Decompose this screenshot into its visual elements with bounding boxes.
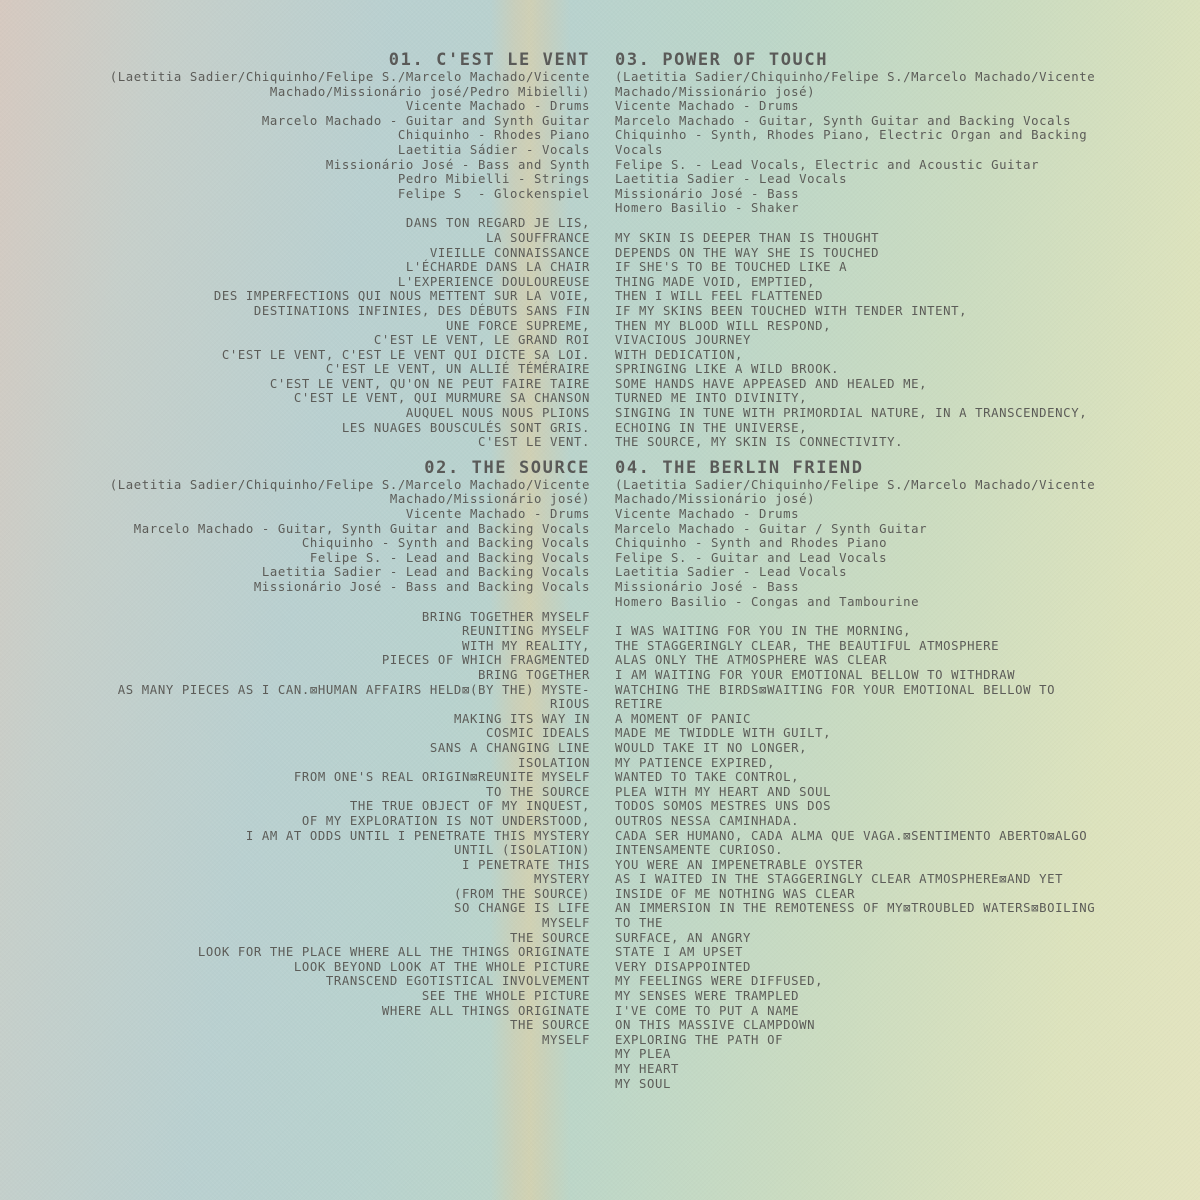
lyric-line: I AM AT ODDS UNTIL I PENETRATE THIS MYST… [50,829,590,844]
credit-line: Machado/Missionário josé/Pedro Mibielli) [50,85,590,100]
musician-line: Homero Basilio - Shaker [615,201,1155,216]
lyric-line: WITH MY REALITY, [50,639,590,654]
lyric-line: AS MANY PIECES AS I CAN.⊠HUMAN AFFAIRS H… [50,683,590,698]
left-column: 01. C'EST LE VENT (Laetitia Sadier/Chiqu… [50,50,590,1055]
lyric-line: PLEA WITH MY HEART AND SOUL [615,785,1155,800]
lyric-line: VIVACIOUS JOURNEY [615,333,1155,348]
credit-line: (Laetitia Sadier/Chiquinho/Felipe S./Mar… [615,478,1155,493]
musician-line: Marcelo Machado - Guitar / Synth Guitar [615,522,1155,537]
lyric-line: AN IMMERSION IN THE REMOTENESS OF MY⊠TRO… [615,901,1155,916]
lyric-line: WANTED TO TAKE CONTROL, [615,770,1155,785]
musician-line: Missionário José - Bass [615,580,1155,595]
lyric-line: SPRINGING LIKE A WILD BROOK. [615,362,1155,377]
lyric-line: MYSELF [50,916,590,931]
lyric-line: SO CHANGE IS LIFE [50,901,590,916]
lyric-line: C'EST LE VENT, UN ALLIÉ TÉMÉRAIRE [50,362,590,377]
lyric-line: PIECES OF WHICH FRAGMENTED [50,653,590,668]
lyric-line: LOOK FOR THE PLACE WHERE ALL THE THINGS … [50,945,590,960]
lyric-line: MY PLEA [615,1047,1155,1062]
musician-line: Vicente Machado - Drums [615,507,1155,522]
lyric-line: IF MY SKINS BEEN TOUCHED WITH TENDER INT… [615,304,1155,319]
lyric-line: C'EST LE VENT. [50,435,590,450]
lyric-line: C'EST LE VENT, LE GRAND ROI [50,333,590,348]
lyric-line: STATE I AM UPSET [615,945,1155,960]
lyric-line: VERY DISAPPOINTED [615,960,1155,975]
musician-line: Chiquinho - Synth and Backing Vocals [50,536,590,551]
lyric-line: SEE THE WHOLE PICTURE [50,989,590,1004]
songwriter-credits: (Laetitia Sadier/Chiquinho/Felipe S./Mar… [615,478,1155,507]
lyric-line: THING MADE VOID, EMPTIED, [615,275,1155,290]
lyric-line: C'EST LE VENT, QUI MURMURE SA CHANSON [50,391,590,406]
lyric-line: MADE ME TWIDDLE WITH GUILT, [615,726,1155,741]
musician-line: Laetitia Sadier - Lead Vocals [615,565,1155,580]
lyric-line: THE SOURCE, MY SKIN IS CONNECTIVITY. [615,435,1155,450]
lyric-line: A MOMENT OF PANIC [615,712,1155,727]
musician-credits: Vicente Machado - DrumsMarcelo Machado -… [615,507,1155,609]
lyric-line: THE SOURCE [50,931,590,946]
songwriter-credits: (Laetitia Sadier/Chiquinho/Felipe S./Mar… [50,70,590,99]
lyric-line: THE SOURCE [50,1018,590,1033]
lyric-line: L'ÉCHARDE DANS LA CHAIR [50,260,590,275]
lyric-line: LES NUAGES BOUSCULÉS SONT GRIS. [50,421,590,436]
lyrics: BRING TOGETHER MYSELFREUNITING MYSELFWIT… [50,610,590,1048]
lyric-line: SOME HANDS HAVE APPEASED AND HEALED ME, [615,377,1155,392]
musician-line: Laetitia Sadier - Lead Vocals [615,172,1155,187]
lyric-line: EXPLORING THE PATH OF [615,1033,1155,1048]
lyric-line: VIEILLE CONNAISSANCE [50,246,590,261]
musician-line: Felipe S. - Lead Vocals, Electric and Ac… [615,158,1155,173]
lyric-line: (FROM THE SOURCE) [50,887,590,902]
lyric-line: TO THE [615,916,1155,931]
musician-line: Vicente Machado - Drums [50,99,590,114]
lyric-line: SINGING IN TUNE WITH PRIMORDIAL NATURE, … [615,406,1155,421]
musician-credits: Vicente Machado - DrumsMarcelo Machado -… [50,507,590,595]
credit-line: (Laetitia Sadier/Chiquinho/Felipe S./Mar… [50,478,590,493]
songwriter-credits: (Laetitia Sadier/Chiquinho/Felipe S./Mar… [615,70,1155,99]
lyric-line: CADA SER HUMANO, CADA ALMA QUE VAGA.⊠SEN… [615,829,1155,844]
lyric-line: MY HEART [615,1062,1155,1077]
lyric-line: TODOS SOMOS MESTRES UNS DOS [615,799,1155,814]
lyric-line: SANS A CHANGING LINE [50,741,590,756]
lyric-line: INTENSAMENTE CURIOSO. [615,843,1155,858]
lyric-line: INSIDE OF ME NOTHING WAS CLEAR [615,887,1155,902]
lyric-line: FROM ONE'S REAL ORIGIN⊠REUNITE MYSELF [50,770,590,785]
lyric-line: DES IMPERFECTIONS QUI NOUS METTENT SUR L… [50,289,590,304]
lyric-line: TO THE SOURCE [50,785,590,800]
lyric-line: BRING TOGETHER MYSELF [50,610,590,625]
lyric-line: REUNITING MYSELF [50,624,590,639]
lyric-line: ECHOING IN THE UNIVERSE, [615,421,1155,436]
lyric-line: LA SOUFFRANCE [50,231,590,246]
lyric-line: WHERE ALL THINGS ORIGINATE [50,1004,590,1019]
musician-line: Chiquinho - Synth and Rhodes Piano [615,536,1155,551]
lyric-line: MAKING ITS WAY IN [50,712,590,727]
lyric-line: UNTIL (ISOLATION) [50,843,590,858]
lyric-line: DANS TON REGARD JE LIS, [50,216,590,231]
musician-line: Vocals [615,143,1155,158]
credit-line: (Laetitia Sadier/Chiquinho/Felipe S./Mar… [615,70,1155,85]
lyric-line: I PENETRATE THIS [50,858,590,873]
musician-line: Marcelo Machado - Guitar, Synth Guitar a… [615,114,1155,129]
lyric-line: MYSTERY [50,872,590,887]
right-column: 03. POWER OF TOUCH (Laetitia Sadier/Chiq… [615,50,1155,1099]
lyric-line: MY SENSES WERE TRAMPLED [615,989,1155,1004]
musician-line: Marcelo Machado - Guitar, Synth Guitar a… [50,522,590,537]
lyric-line: YOU WERE AN IMPENETRABLE OYSTER [615,858,1155,873]
lyric-line: MYSELF [50,1033,590,1048]
lyric-line: MY SKIN IS DEEPER THAN IS THOUGHT [615,231,1155,246]
musician-line: Vicente Machado - Drums [615,99,1155,114]
lyric-line: THEN MY BLOOD WILL RESPOND, [615,319,1155,334]
musician-line: Missionário José - Bass [615,187,1155,202]
song-01: 01. C'EST LE VENT (Laetitia Sadier/Chiqu… [50,50,590,450]
musician-line: Chiquinho - Synth, Rhodes Piano, Electri… [615,128,1155,143]
lyric-line: THE TRUE OBJECT OF MY INQUEST, [50,799,590,814]
lyrics: I WAS WAITING FOR YOU IN THE MORNING,THE… [615,624,1155,1091]
credit-line: Machado/Missionário josé) [50,492,590,507]
song-02: 02. THE SOURCE (Laetitia Sadier/Chiquinh… [50,458,590,1048]
musician-line: Missionário José - Bass and Synth [50,158,590,173]
musician-line: Marcelo Machado - Guitar and Synth Guita… [50,114,590,129]
lyric-line: DEPENDS ON THE WAY SHE IS TOUCHED [615,246,1155,261]
musician-line: Laetitia Sadier - Lead and Backing Vocal… [50,565,590,580]
lyric-line: COSMIC IDEALS [50,726,590,741]
lyric-line: UNE FORCE SUPREME, [50,319,590,334]
song-title: 01. C'EST LE VENT [50,50,590,70]
musician-line: Felipe S. - Guitar and Lead Vocals [615,551,1155,566]
lyric-line: MY SOUL [615,1077,1155,1092]
lyrics: DANS TON REGARD JE LIS,LA SOUFFRANCEVIEI… [50,216,590,450]
musician-line: Chiquinho - Rhodes Piano [50,128,590,143]
lyric-line: L'EXPERIENCE DOULOUREUSE [50,275,590,290]
lyric-line: RETIRE [615,697,1155,712]
lyric-line: C'EST LE VENT, C'EST LE VENT QUI DICTE S… [50,348,590,363]
musician-line: Pedro Mibielli - Strings [50,172,590,187]
lyric-line: TURNED ME INTO DIVINITY, [615,391,1155,406]
lyric-line: I WAS WAITING FOR YOU IN THE MORNING, [615,624,1155,639]
musician-credits: Vicente Machado - DrumsMarcelo Machado -… [50,99,590,201]
lyric-line: TRANSCEND EGOTISTICAL INVOLVEMENT [50,974,590,989]
lyric-line: C'EST LE VENT, QU'ON NE PEUT FAIRE TAIRE [50,377,590,392]
lyric-line: BRING TOGETHER [50,668,590,683]
lyric-line: AS I WAITED IN THE STAGGERINGLY CLEAR AT… [615,872,1155,887]
lyric-line: SURFACE, AN ANGRY [615,931,1155,946]
lyric-line: DESTINATIONS INFINIES, DES DÉBUTS SANS F… [50,304,590,319]
song-title: 02. THE SOURCE [50,458,590,478]
lyric-line: I'VE COME TO PUT A NAME [615,1004,1155,1019]
musician-line: Laetitia Sádier - Vocals [50,143,590,158]
lyric-line: MY PATIENCE EXPIRED, [615,756,1155,771]
lyric-line: IF SHE'S TO BE TOUCHED LIKE A [615,260,1155,275]
lyrics: MY SKIN IS DEEPER THAN IS THOUGHTDEPENDS… [615,231,1155,450]
credit-line: Machado/Missionário josé) [615,85,1155,100]
musician-credits: Vicente Machado - DrumsMarcelo Machado -… [615,99,1155,216]
lyric-line: I AM WAITING FOR YOUR EMOTIONAL BELLOW T… [615,668,1155,683]
lyric-line: LOOK BEYOND LOOK AT THE WHOLE PICTURE [50,960,590,975]
song-title: 04. THE BERLIN FRIEND [615,458,1155,478]
lyric-line: THEN I WILL FEEL FLATTENED [615,289,1155,304]
credit-line: (Laetitia Sadier/Chiquinho/Felipe S./Mar… [50,70,590,85]
musician-line: Felipe S. - Lead and Backing Vocals [50,551,590,566]
credit-line: Machado/Missionário josé) [615,492,1155,507]
lyric-line: ALAS ONLY THE ATMOSPHERE WAS CLEAR [615,653,1155,668]
musician-line: Vicente Machado - Drums [50,507,590,522]
lyric-line: ON THIS MASSIVE CLAMPDOWN [615,1018,1155,1033]
lyric-line: WOULD TAKE IT NO LONGER, [615,741,1155,756]
song-04: 04. THE BERLIN FRIEND (Laetitia Sadier/C… [615,458,1155,1091]
lyric-line: OUTROS NESSA CAMINHADA. [615,814,1155,829]
lyric-line: AUQUEL NOUS NOUS PLIONS [50,406,590,421]
song-title: 03. POWER OF TOUCH [615,50,1155,70]
lyric-line: OF MY EXPLORATION IS NOT UNDERSTOOD, [50,814,590,829]
lyric-line: RIOUS [50,697,590,712]
musician-line: Felipe S - Glockenspiel [50,187,590,202]
lyric-line: WATCHING THE BIRDS⊠WAITING FOR YOUR EMOT… [615,683,1155,698]
lyric-line: WITH DEDICATION, [615,348,1155,363]
lyric-line: THE STAGGERINGLY CLEAR, THE BEAUTIFUL AT… [615,639,1155,654]
song-03: 03. POWER OF TOUCH (Laetitia Sadier/Chiq… [615,50,1155,450]
lyric-line: ISOLATION [50,756,590,771]
songwriter-credits: (Laetitia Sadier/Chiquinho/Felipe S./Mar… [50,478,590,507]
lyric-line: MY FEELINGS WERE DIFFUSED, [615,974,1155,989]
musician-line: Missionário José - Bass and Backing Voca… [50,580,590,595]
musician-line: Homero Basilio - Congas and Tambourine [615,595,1155,610]
